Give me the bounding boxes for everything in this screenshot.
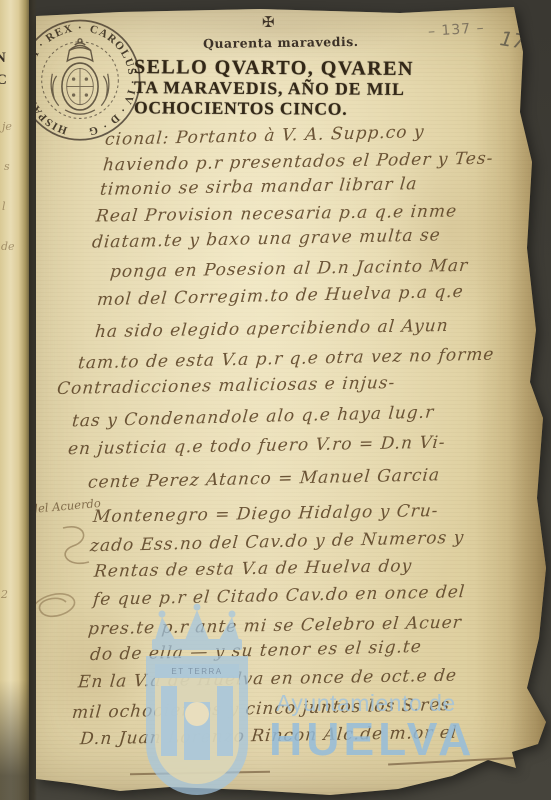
manuscript-line: mol del Corregim.to de Huelva p.a q.e xyxy=(96,282,464,310)
manuscript-line: Montenegro = Diego Hidalgo y Cru- xyxy=(92,501,439,527)
manuscript-line: Rentas de esta V.a de Huelva doy xyxy=(93,556,413,582)
stamp-text-line: TA MARAVEDIS, AÑO DE MIL xyxy=(134,77,405,100)
stamp-text-line: OCHOCIENTOS CINCO. xyxy=(134,97,348,119)
manuscript-paper: HISPANIARUM · REX · CAROLUS · IV · D · G xyxy=(0,0,551,800)
watermark-motto: ET TERRA xyxy=(171,667,222,676)
manuscript-line: tas y Condenandole alo q.e haya lug.r xyxy=(71,403,435,432)
folio-number-pencil: – 137 – xyxy=(428,20,486,40)
manuscript-line: Real Provision necesaria p.a q.e inme xyxy=(95,201,458,226)
manuscript-line: en justicia q.e todo fuero V.ro = D.n Vi… xyxy=(67,433,446,460)
scanned-manuscript-page: N C je s l de 2 HISPANIARUM · REX · CARO… xyxy=(0,0,551,800)
maltese-cross-ornament-icon: ✠ xyxy=(262,13,275,31)
manuscript-line: timonio se sirba mandar librar la xyxy=(99,174,418,200)
manuscript-line: ha sido elegido apercibiendo al Ayun xyxy=(94,316,449,342)
huelva-coat-of-arms-watermark: ET TERRA xyxy=(131,602,263,800)
manuscript-line: ponga en Posesion al D.n Jacinto Mar xyxy=(109,256,469,282)
seal-palm-flourishes xyxy=(51,74,109,114)
svg-text:HISPANIARUM · REX · CA: HISPANIARUM · REX · CAROLUS · IV · D · G xyxy=(22,22,138,137)
scribble-flourish xyxy=(24,584,86,626)
watermark-crown-icon xyxy=(152,604,242,651)
manuscript-line: Contradicciones maliciosas e injus- xyxy=(56,373,396,399)
manuscript-line: zado Ess.no del Cav.do y de Numeros y xyxy=(89,528,465,557)
paper-stain xyxy=(150,0,410,60)
folio-number-ink: 17 xyxy=(498,26,527,54)
seal-crown-icon xyxy=(67,39,93,61)
watermark-pillar-left xyxy=(161,686,177,756)
tax-value-line: Quarenta maravedis. xyxy=(203,34,359,51)
rubric-flourish xyxy=(55,522,100,572)
paper-shadow-wrap: HISPANIARUM · REX · CAROLUS · IV · D · G xyxy=(0,0,551,800)
manuscript-line: cente Perez Atanco = Manuel Garcia xyxy=(87,465,441,492)
seal-ring-text-left: HISPANIARUM · REX · xyxy=(22,22,83,136)
watermark-pillar-right xyxy=(217,686,233,756)
seal-shield-icon xyxy=(62,63,98,110)
stamp-text-line: SELLO QVARTO, QVAREN xyxy=(134,56,414,81)
paper-stain xyxy=(380,140,520,320)
seal-ring-text-right: CAROLUS · IV · D · G xyxy=(87,23,138,137)
marginal-note: Fee del Acuerdo xyxy=(6,496,102,518)
manuscript-line: tam.to de esta V.a p.r q.e otra vez no f… xyxy=(77,345,495,374)
manuscript-line: haviendo p.r presentados el Poder y Tes- xyxy=(102,149,494,176)
manuscript-line: diatam.te y baxo una grave multa se xyxy=(91,225,441,252)
royal-seal-stamp: HISPANIARUM · REX · CAROLUS · IV · D · G xyxy=(16,12,144,144)
manuscript-line: cional: Portanto à V. A. Supp.co y xyxy=(104,122,425,150)
watermark-text-huelva: HUELVA xyxy=(269,712,475,766)
